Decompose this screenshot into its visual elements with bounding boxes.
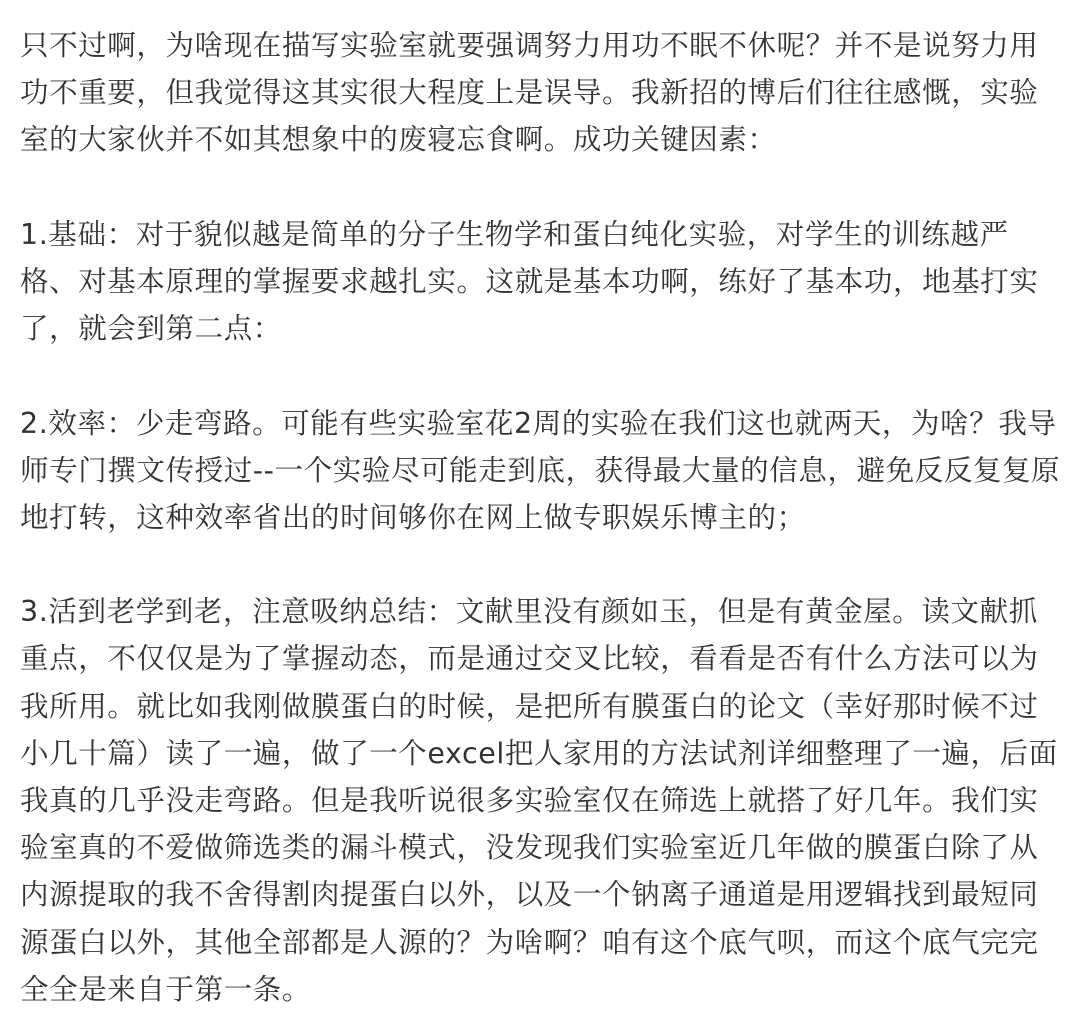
text-line: 功不重要，但我觉得这其实很大程度上是误导。我新招的博后们往往感慨，实验 (20, 69, 1080, 116)
text-line: 我真的几乎没走弯路。但是我听说很多实验室仅在筛选上就搭了好几年。我们实 (20, 777, 1080, 824)
paragraph-point-3-lifelong-learning: 3.活到老学到老，注意吸纳总结：文献里没有颜如玉，但是有黄金屋。读文献抓 重点，… (20, 588, 1080, 1011)
text-line: 地打转，这种效率省出的时间够你在网上做专职娱乐博主的； (20, 494, 1080, 541)
text-line: 验室真的不爱做筛选类的漏斗模式，没发现我们实验室近几年做的膜蛋白除了从 (20, 824, 1080, 871)
text-line: 重点，不仅仅是为了掌握动态，而是通过交叉比较，看看是否有什么方法可以为 (20, 635, 1080, 682)
text-line: 师专门撰文传授过--一个实验尽可能走到底，获得最大量的信息，避免反反复复原 (20, 447, 1080, 494)
text-line: 了，就会到第二点： (20, 305, 1080, 352)
text-line: 3.活到老学到老，注意吸纳总结：文献里没有颜如玉，但是有黄金屋。读文献抓 (20, 588, 1080, 635)
paragraph-spacer (20, 352, 1080, 399)
paragraph-spacer (20, 164, 1080, 211)
text-line: 内源提取的我不舍得割肉提蛋白以外，以及一个钠离子通道是用逻辑找到最短同 (20, 871, 1080, 918)
text-line: 只不过啊，为啥现在描写实验室就要强调努力用功不眠不休呢？并不是说努力用 (20, 22, 1080, 69)
paragraph-point-2-efficiency: 2.效率：少走弯路。可能有些实验室花2周的实验在我们这也就两天，为啥？我导 师专… (20, 400, 1080, 542)
text-line: 全全是来自于第一条。 (20, 966, 1080, 1011)
paragraph-intro: 只不过啊，为啥现在描写实验室就要强调努力用功不眠不休呢？并不是说努力用 功不重要… (20, 22, 1080, 164)
text-line: 我所用。就比如我刚做膜蛋白的时候，是把所有膜蛋白的论文（幸好那时候不过 (20, 683, 1080, 730)
paragraph-point-1-foundation: 1.基础：对于貌似越是简单的分子生物学和蛋白纯化实验，对学生的训练越严 格、对基… (20, 211, 1080, 353)
text-line: 源蛋白以外，其他全部都是人源的？为啥啊？咱有这个底气呗，而这个底气完完 (20, 919, 1080, 966)
text-line: 室的大家伙并不如其想象中的废寝忘食啊。成功关键因素： (20, 116, 1080, 163)
text-line: 小几十篇）读了一遍，做了一个excel把人家用的方法试剂详细整理了一遍，后面 (20, 730, 1080, 777)
text-line: 格、对基本原理的掌握要求越扎实。这就是基本功啊，练好了基本功，地基打实 (20, 258, 1080, 305)
text-line: 2.效率：少走弯路。可能有些实验室花2周的实验在我们这也就两天，为啥？我导 (20, 400, 1080, 447)
article-body: 只不过啊，为啥现在描写实验室就要强调努力用功不眠不休呢？并不是说努力用 功不重要… (0, 0, 1080, 1011)
text-line: 1.基础：对于貌似越是简单的分子生物学和蛋白纯化实验，对学生的训练越严 (20, 211, 1080, 258)
paragraph-spacer (20, 541, 1080, 588)
